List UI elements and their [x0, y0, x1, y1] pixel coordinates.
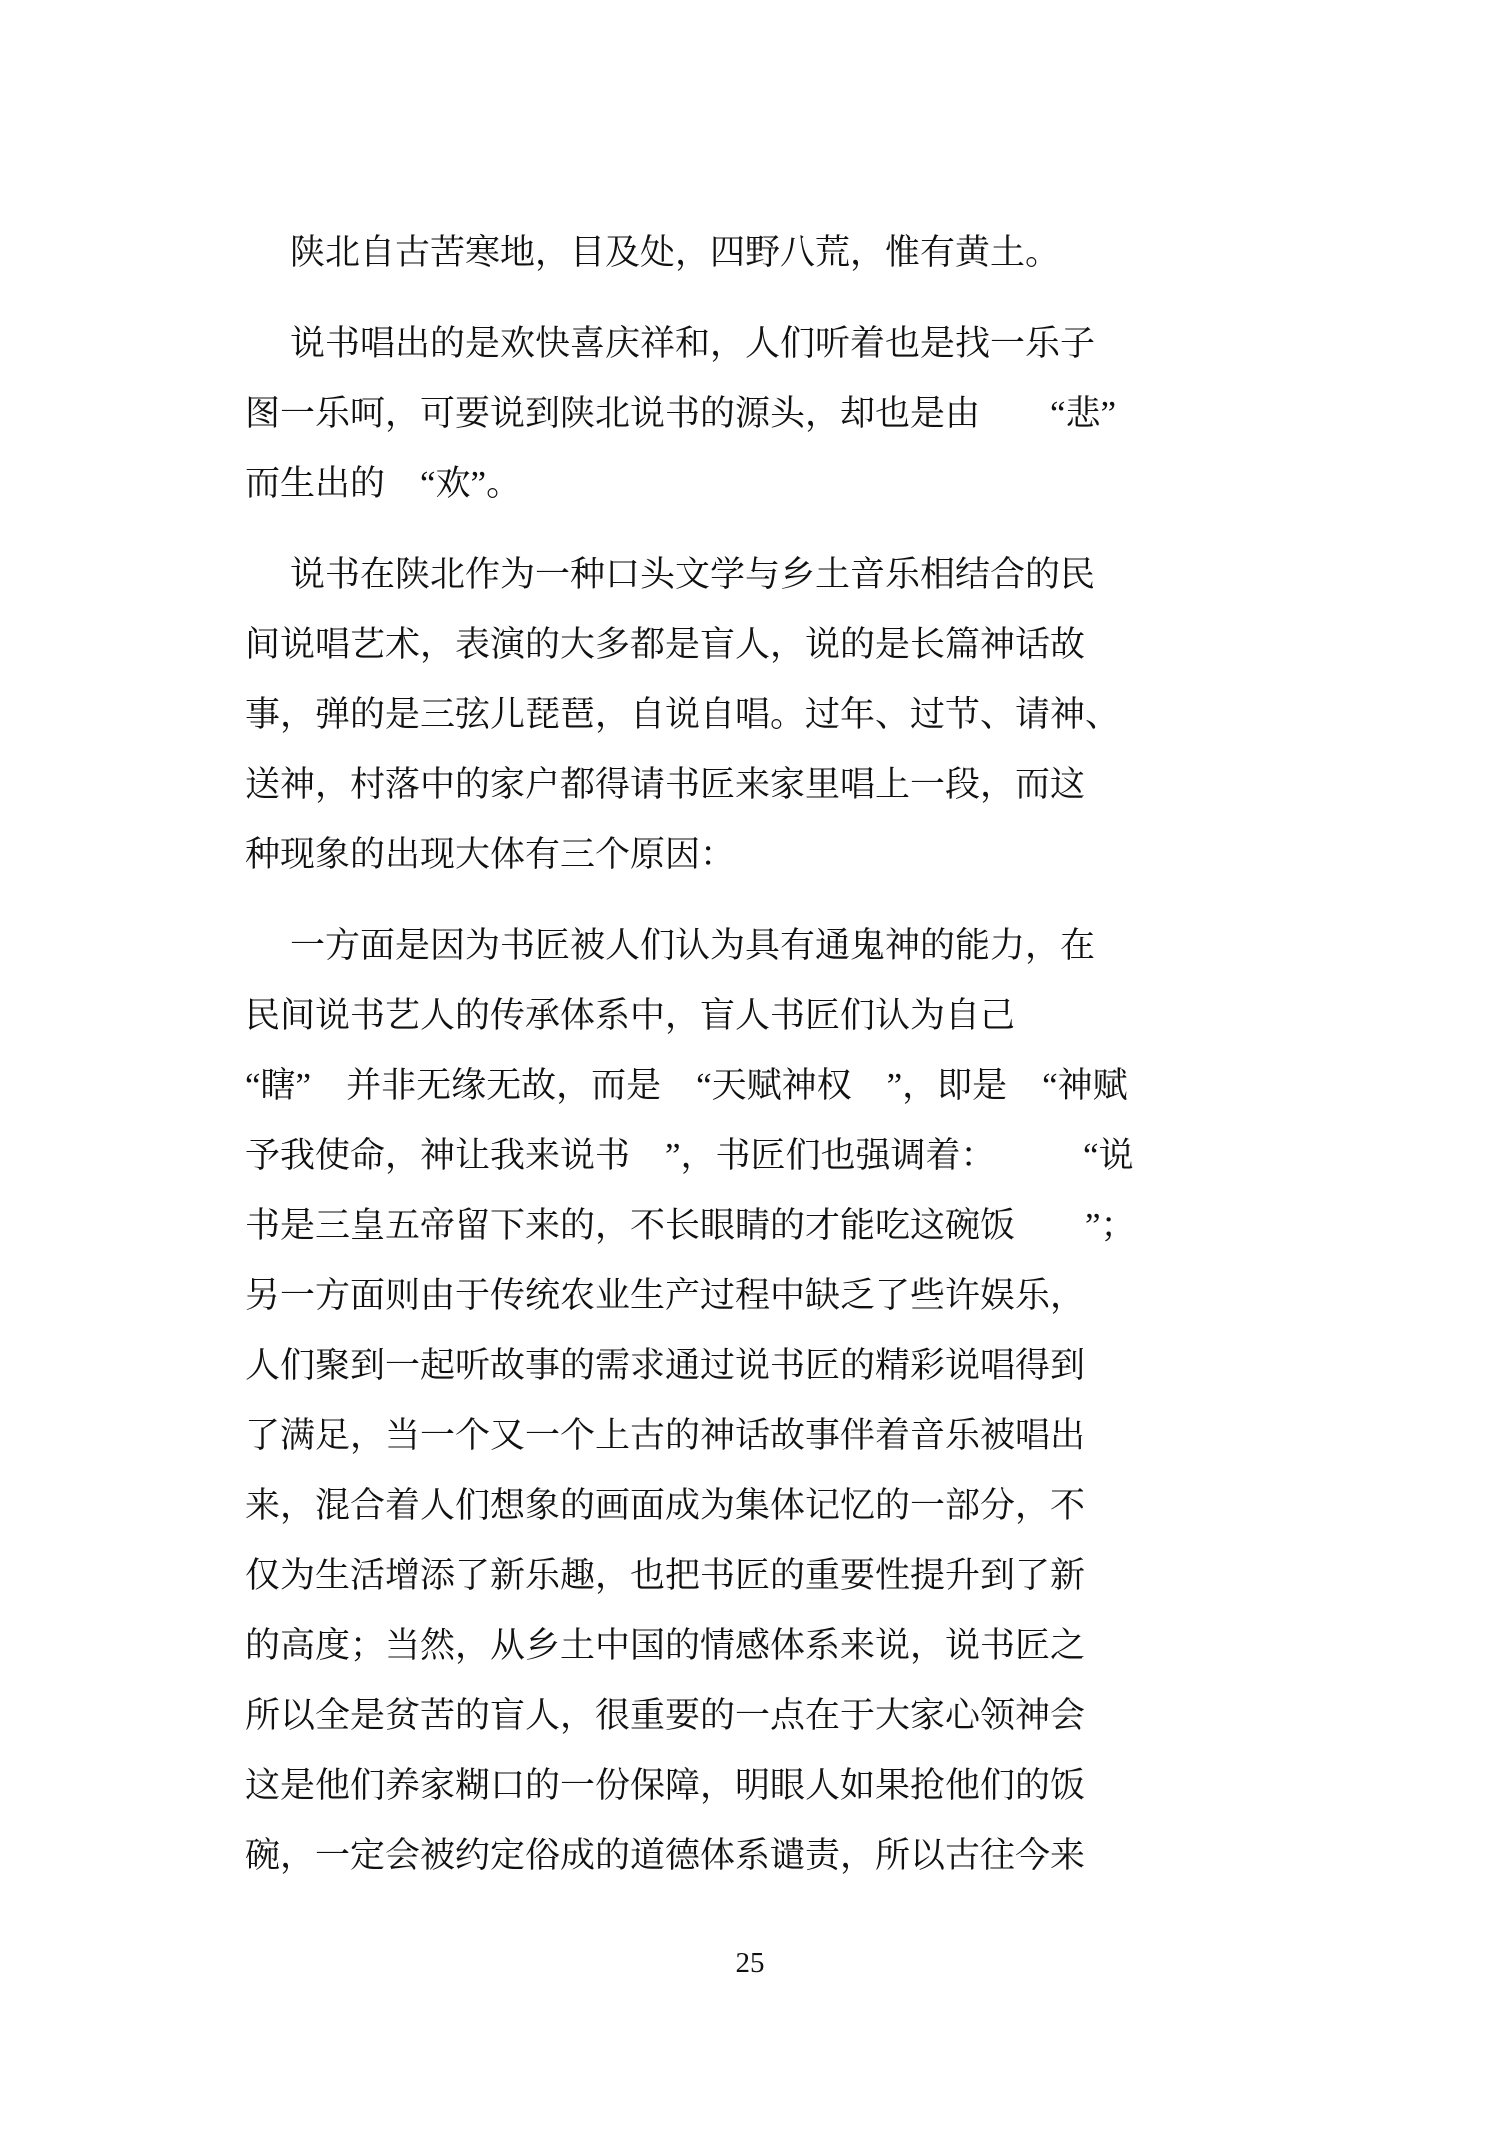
text-line: 说书在陕北作为一种口头文学与乡土音乐相结合的民 — [245, 540, 1455, 610]
text-line: 了满足，当一个又一个上古的神话故事伴着音乐被唱出 — [245, 1401, 1455, 1471]
paragraph: 说书在陕北作为一种口头文学与乡土音乐相结合的民间说唱艺术，表演的大多都是盲人，说… — [245, 540, 1455, 890]
page-number: 25 — [736, 1947, 765, 1979]
text-line: 予我使命，神让我来说书 ”，书匠们也强调着： “说 — [245, 1121, 1455, 1191]
text-line: 一方面是因为书匠被人们认为具有通鬼神的能力，在 — [245, 911, 1455, 981]
text-line: 民间说书艺人的传承体系中，盲人书匠们认为自己 — [245, 981, 1455, 1051]
text-line: 所以全是贫苦的盲人，很重要的一点在于大家心领神会 — [245, 1681, 1455, 1751]
text-line: 而生出的 “欢”。 — [245, 449, 1455, 519]
text-line: 仅为生活增添了新乐趣，也把书匠的重要性提升到了新 — [245, 1541, 1455, 1611]
paragraph: 陕北自古苦寒地，目及处，四野八荒，惟有黄土。 — [245, 218, 1455, 288]
document-body: 陕北自古苦寒地，目及处，四野八荒，惟有黄土。说书唱出的是欢快喜庆祥和，人们听着也… — [245, 218, 1455, 1912]
text-line: 另一方面则由于传统农业生产过程中缺乏了些许娱乐， — [245, 1261, 1455, 1331]
text-line: 事，弹的是三弦儿琵琶，自说自唱。过年、过节、请神、 — [245, 680, 1455, 750]
text-line: 人们聚到一起听故事的需求通过说书匠的精彩说唱得到 — [245, 1331, 1455, 1401]
text-line: 图一乐呵，可要说到陕北说书的源头，却也是由 “悲” — [245, 379, 1455, 449]
document-page: 陕北自古苦寒地，目及处，四野八荒，惟有黄土。说书唱出的是欢快喜庆祥和，人们听着也… — [0, 0, 1500, 2131]
paragraph: 说书唱出的是欢快喜庆祥和，人们听着也是找一乐子图一乐呵，可要说到陕北说书的源头，… — [245, 309, 1455, 519]
text-line: “瞎” 并非无缘无故，而是 “天赋神权 ”，即是 “神赋 — [245, 1051, 1455, 1121]
paragraph: 一方面是因为书匠被人们认为具有通鬼神的能力，在民间说书艺人的传承体系中，盲人书匠… — [245, 911, 1455, 1891]
text-line: 送神，村落中的家户都得请书匠来家里唱上一段，而这 — [245, 750, 1455, 820]
text-line: 来，混合着人们想象的画面成为集体记忆的一部分，不 — [245, 1471, 1455, 1541]
text-line: 碗，一定会被约定俗成的道德体系谴责，所以古往今来 — [245, 1821, 1455, 1891]
page-footer: 25 — [0, 1943, 1500, 1983]
text-line: 这是他们养家糊口的一份保障，明眼人如果抢他们的饭 — [245, 1751, 1455, 1821]
text-line: 说书唱出的是欢快喜庆祥和，人们听着也是找一乐子 — [245, 309, 1455, 379]
text-line: 间说唱艺术，表演的大多都是盲人，说的是长篇神话故 — [245, 610, 1455, 680]
text-line: 陕北自古苦寒地，目及处，四野八荒，惟有黄土。 — [245, 218, 1455, 288]
text-line: 书是三皇五帝留下来的，不长眼睛的才能吃这碗饭 ”； — [245, 1191, 1455, 1261]
text-line: 种现象的出现大体有三个原因： — [245, 820, 1455, 890]
text-line: 的高度；当然，从乡土中国的情感体系来说，说书匠之 — [245, 1611, 1455, 1681]
